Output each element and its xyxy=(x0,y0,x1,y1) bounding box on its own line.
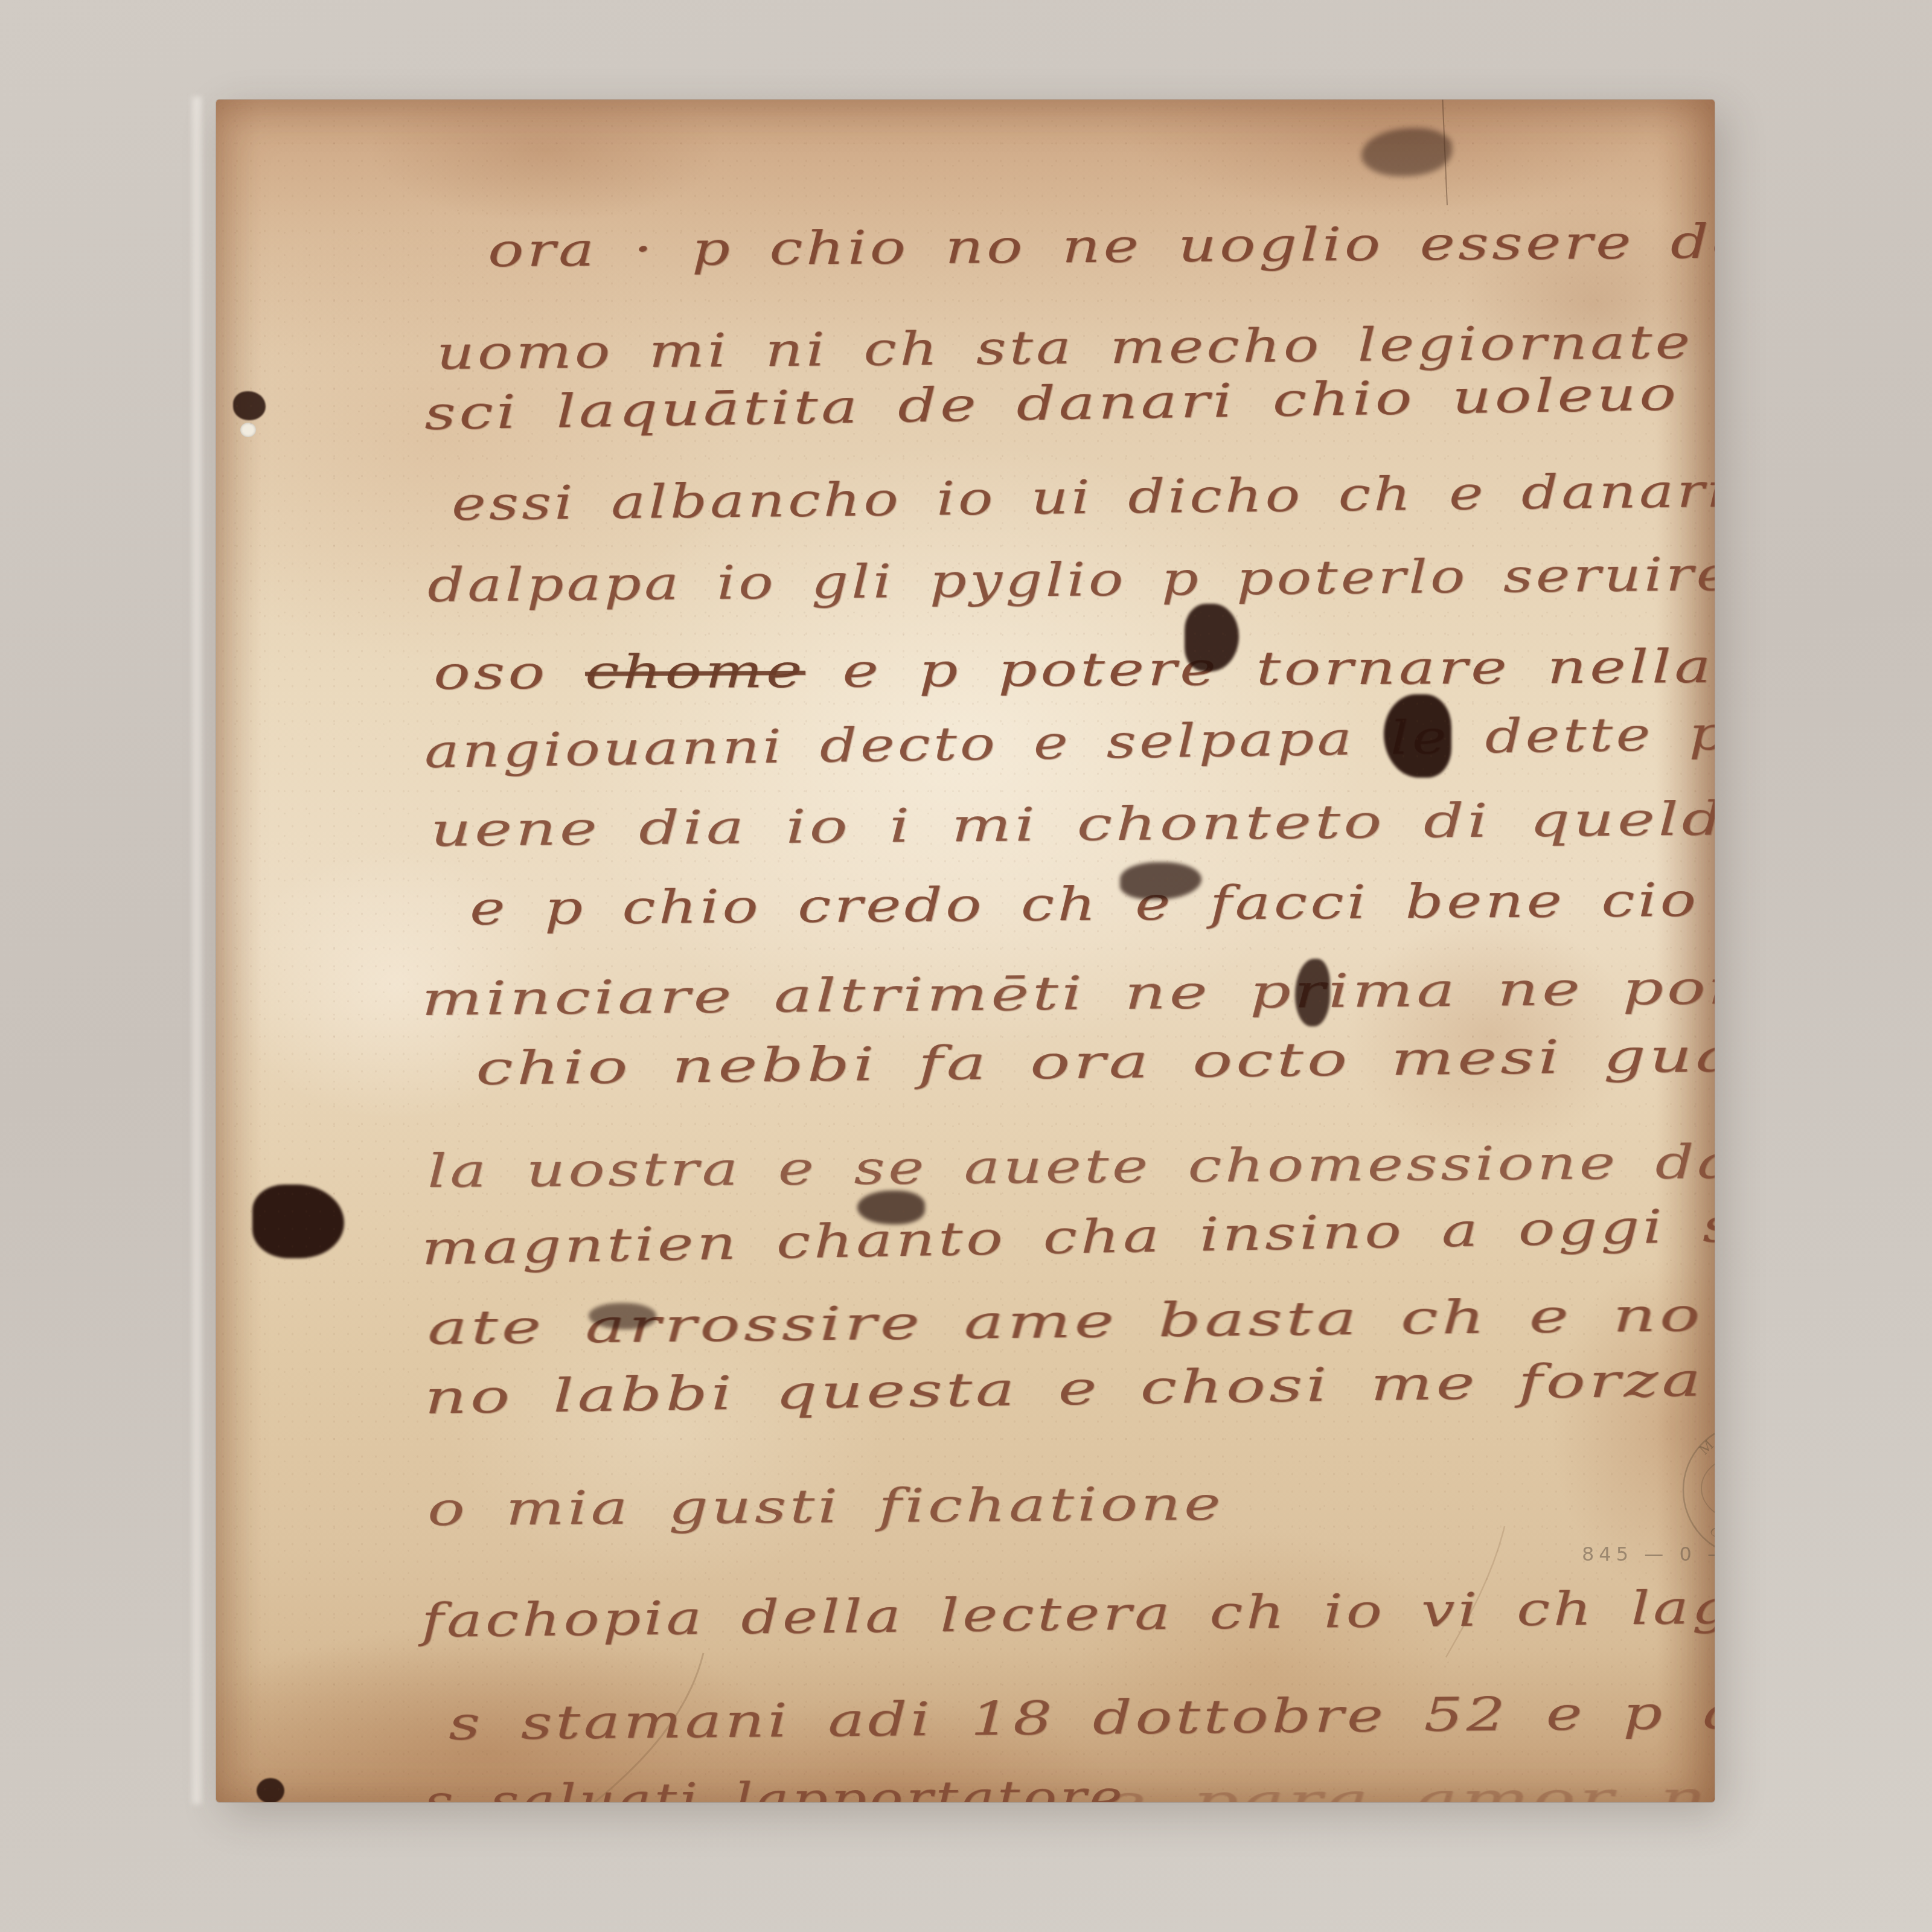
ink-blot xyxy=(1185,604,1239,671)
manuscript-line: magntien chanto cha insino a oggi se no … xyxy=(421,1191,1715,1275)
manuscript-line: oso chome e p potere tornare nella chasa… xyxy=(433,637,1715,700)
paper-hole xyxy=(240,423,256,437)
manuscript-line: chio nebbi fa ora octo mesi guardate se xyxy=(476,1025,1715,1095)
manuscript-line: o mia gusti fichatione xyxy=(427,1477,1224,1536)
manuscript-line: ora · p chio no ne uoglio essere debitor… xyxy=(488,211,1715,277)
stamp-top-text: MALCOLM xyxy=(1696,1421,1715,1458)
ink-blot xyxy=(857,1191,925,1224)
ink-blot xyxy=(1295,959,1330,1026)
manuscript-line: uene dia io i mi chonteto di queldi ch s… xyxy=(430,788,1715,857)
ink-blot xyxy=(257,1778,284,1802)
manuscript-line: s stamani adi 18 dottobre 52 e p a gioua… xyxy=(449,1682,1715,1750)
accession-number: 845 — 0 — 10 — 598 xyxy=(1582,1543,1715,1566)
manuscript-line: s saluati lapportatore xyxy=(424,1770,1125,1802)
manuscript-line: ate arrossire ame basta ch e no si possa xyxy=(427,1284,1715,1355)
manuscript-line: angiouanni decto e selpapa le dette prin… xyxy=(424,701,1715,778)
paper-cracks xyxy=(216,100,1715,1802)
manuscript-line: no labbi questa e chosi me forza farlo v… xyxy=(424,1348,1715,1424)
manuscript-line: la uostra e se auete chomessione datemel… xyxy=(427,1133,1715,1198)
stamp-bottom-text: COLLECTION xyxy=(1707,1525,1715,1553)
manuscript-line: e p chio credo ch e facci bene cio ch e … xyxy=(470,869,1715,935)
manuscript-line: fachopia della lectera ch io vi ch lagni… xyxy=(421,1576,1715,1648)
manuscript-line: minciare altrimēti ne prima ne poi e lap… xyxy=(421,958,1715,1026)
photograph-of-manuscript: ora · p chio no ne uoglio essere debitor… xyxy=(0,0,1932,1932)
ink-blot xyxy=(233,391,266,420)
ink-blot xyxy=(1120,862,1201,900)
ink-blot xyxy=(1384,694,1451,778)
manuscript-line: uomo mi ni ch sta mecho legiornate disal… xyxy=(437,311,1715,380)
collection-stamp: MALCOLM COLLECTION xyxy=(1673,1413,1715,1567)
manuscript-line: essi albancho io ui dicho ch e danari de… xyxy=(452,459,1715,531)
ink-blot xyxy=(1361,128,1452,176)
manuscript-line: dalpapa io gli pyglio p poterlo seruire … xyxy=(427,543,1715,612)
ink-blot xyxy=(589,1303,656,1329)
manuscript-line: sci laquātita de danari chio uoleuo chnō… xyxy=(424,360,1715,440)
mat-edge-highlight xyxy=(192,97,202,1804)
manuscript-paper: ora · p chio no ne uoglio essere debitor… xyxy=(216,100,1715,1802)
manuscript-line: e para amor ne mi ch xyxy=(1104,1768,1715,1802)
ink-blot xyxy=(252,1185,344,1258)
